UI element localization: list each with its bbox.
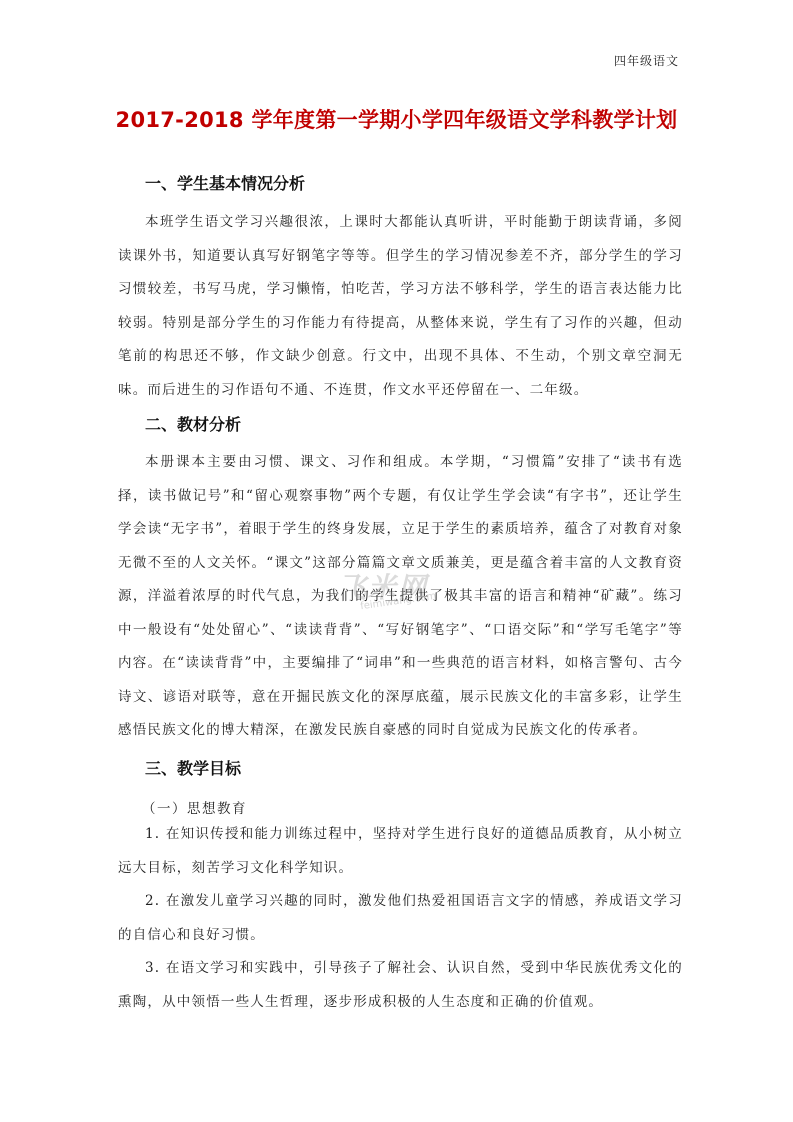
section-heading-2: 二、教材分析	[145, 412, 241, 435]
paragraph-student-analysis: 本班学生语文学习兴趣很浓，上课时大都能认真听讲，平时能勤于朗读背诵，多阅读课外书…	[118, 206, 683, 407]
section-heading-1: 一、学生基本情况分析	[145, 171, 305, 194]
subheading-ideological-education: （一）思想教育	[142, 797, 247, 817]
paragraph-textbook-analysis: 本册课本主要由习惯、课文、习作和组成。本学期，“习惯篇”安排了“读书有选择，读书…	[118, 446, 683, 748]
section-heading-3: 三、教学目标	[145, 756, 241, 779]
goal-item-2: 2. 在激发儿童学习兴趣的同时，激发他们热爱祖国语言文字的情感，养成语文学习的自…	[118, 885, 683, 952]
goal-item-1: 1. 在知识传授和能力训练过程中，坚持对学生进行良好的道德品质教育，从小树立远大…	[118, 818, 683, 885]
running-header: 四年级语文	[614, 52, 679, 69]
goal-item-3: 3. 在语文学习和实践中，引导孩子了解社会、认识自然，受到中华民族优秀文化的熏陶…	[118, 952, 683, 1019]
document-title: 2017-2018 学年度第一学期小学四年级语文学科教学计划	[0, 104, 793, 134]
